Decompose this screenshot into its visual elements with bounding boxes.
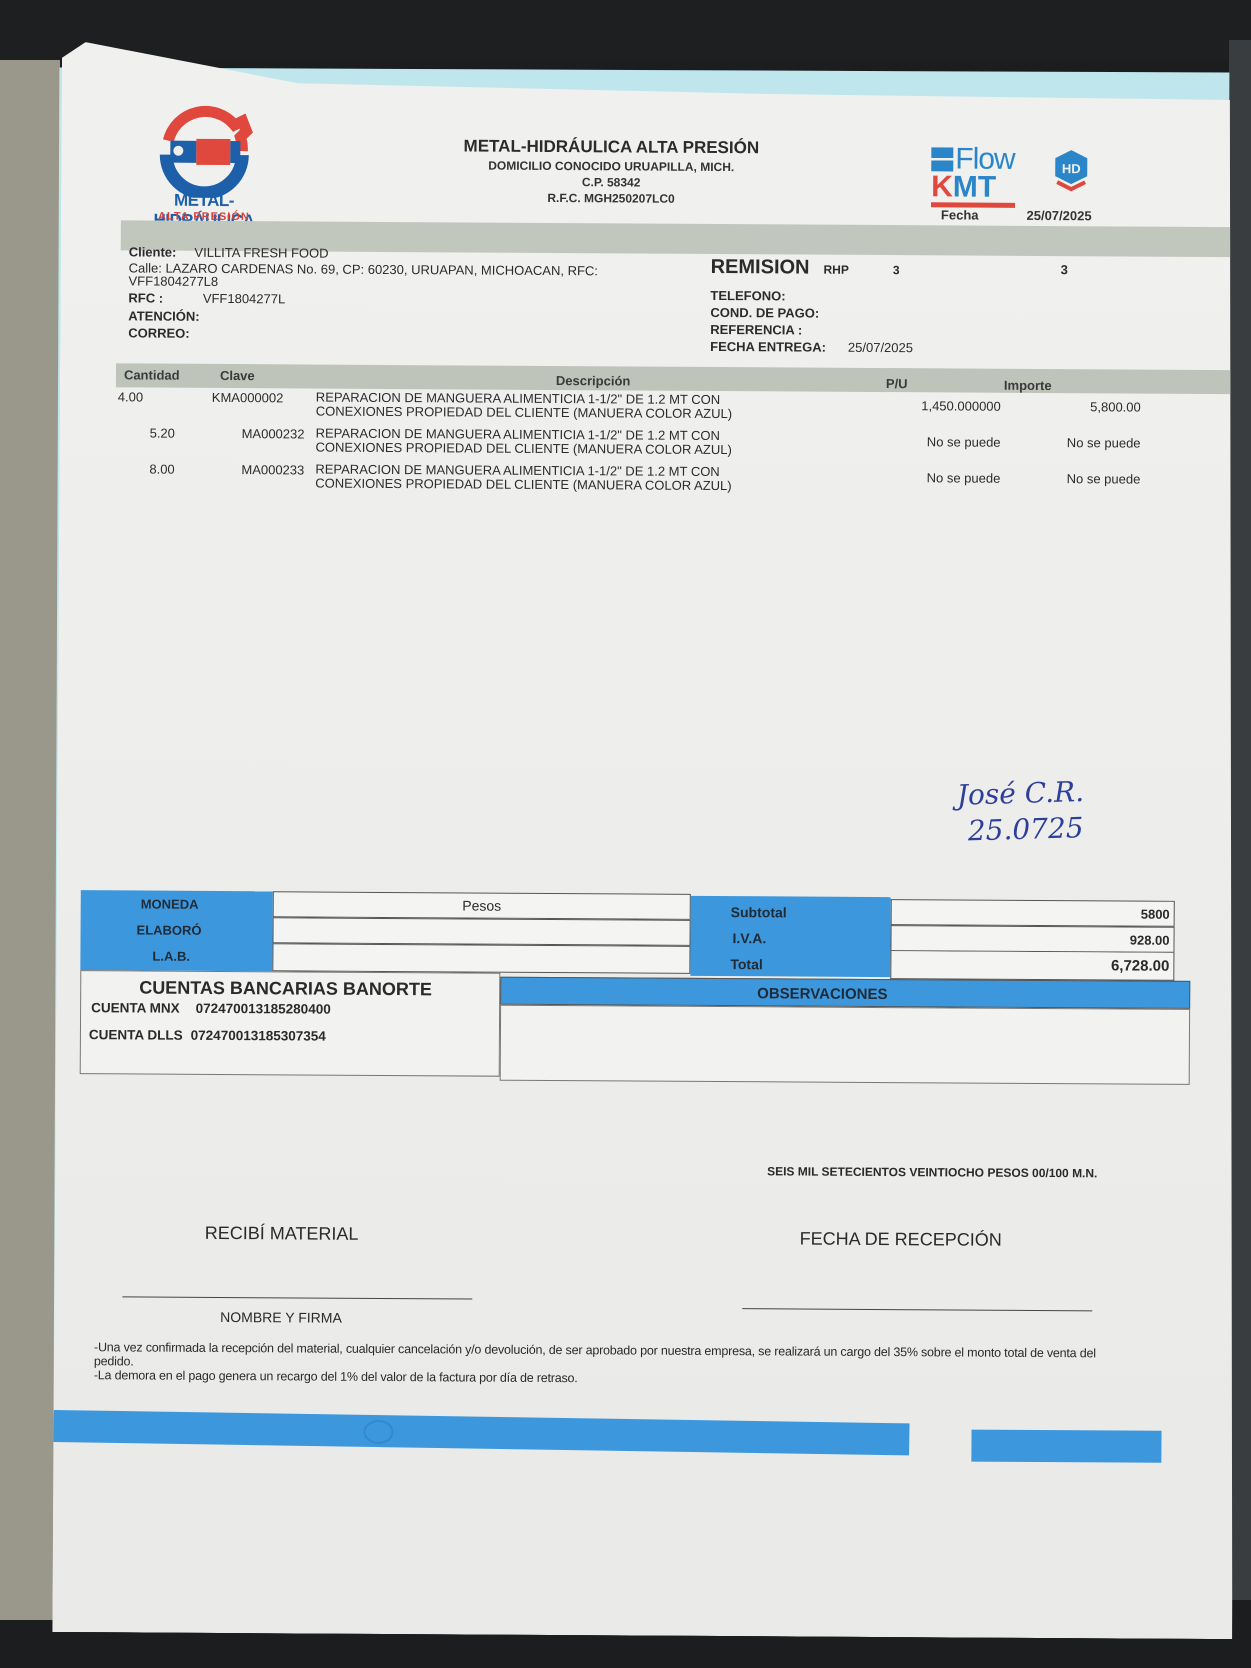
bank-accounts-box: CUENTAS BANCARIAS BANORTE CUENTA MNX 072… bbox=[80, 970, 501, 1077]
totals-label-panel bbox=[690, 896, 890, 977]
amount-in-words: SEIS MIL SETECIENTOS VEINTIOCHO PESOS 00… bbox=[767, 1164, 1097, 1180]
company-cp: C.P. 58342 bbox=[401, 174, 821, 191]
cell-pu: 1,450.000000 bbox=[871, 398, 1001, 414]
table-row: 8.00 MA000233 REPARACION DE MANGUERA ALI… bbox=[115, 459, 1240, 502]
items-table-body: 4.00 KMA000002 REPARACION DE MANGUERA AL… bbox=[115, 387, 1241, 502]
col-clave: Clave bbox=[220, 368, 255, 383]
moneda-field: Pesos bbox=[273, 891, 691, 920]
gear-logo-icon bbox=[129, 102, 280, 198]
observaciones-header: OBSERVACIONES bbox=[500, 977, 1190, 1009]
company-address: DOMICILIO CONOCIDO URUAPILLA, MICH. bbox=[401, 158, 821, 175]
cell-cantidad: 4.00 bbox=[118, 389, 143, 404]
desk-background-right bbox=[1229, 40, 1251, 1600]
client-address: Calle: LAZARO CARDENAS No. 69, CP: 60230… bbox=[129, 261, 749, 291]
cell-descripcion: REPARACION DE MANGUERA ALIMENTICIA 1-1/2… bbox=[316, 391, 786, 422]
cond-pago-label: COND. DE PAGO: bbox=[710, 304, 913, 322]
lab-field bbox=[272, 943, 690, 974]
subtotal-label: Subtotal bbox=[731, 904, 787, 920]
company-name: METAL-HIDRÁULICA ALTA PRESIÓN bbox=[401, 136, 821, 159]
cell-pu: No se puede bbox=[871, 434, 1001, 450]
bank-title: CUENTAS BANCARIAS BANORTE bbox=[139, 977, 499, 1000]
col-importe: Importe bbox=[1004, 378, 1052, 393]
date-label: Fecha bbox=[941, 207, 979, 222]
kmt-logo: KMT bbox=[931, 172, 1015, 208]
desk-background-top bbox=[0, 0, 1251, 60]
terms-notes: -Una vez confirmada la recepción del mat… bbox=[94, 1340, 1124, 1388]
cell-importe: No se puede bbox=[1016, 435, 1141, 451]
date-row: Fecha 25/07/2025 bbox=[941, 207, 1092, 223]
fecha-entrega-value: 25/07/2025 bbox=[848, 339, 913, 356]
flow-mark-icon bbox=[931, 147, 953, 171]
elaboro-label: ELABORÓ bbox=[137, 922, 202, 937]
col-pu: P/U bbox=[886, 376, 908, 391]
total-field: 6,728.00 bbox=[890, 951, 1174, 981]
desk-background-left bbox=[0, 60, 60, 1620]
client-name: VILLITA FRESH FOOD bbox=[194, 245, 328, 261]
handwritten-date: 25.0725 bbox=[957, 810, 1085, 850]
cell-clave: MA000232 bbox=[242, 426, 305, 441]
svg-text:HD: HD bbox=[1062, 161, 1081, 176]
hd-logo-icon: HD bbox=[1051, 148, 1091, 197]
company-rfc: R.F.C. MGH250207LC0 bbox=[401, 190, 821, 207]
name-signature-label: NOMBRE Y FIRMA bbox=[220, 1309, 342, 1326]
brand-logos: Flow KMT bbox=[931, 142, 1015, 208]
lab-label: L.A.B. bbox=[152, 949, 190, 964]
cell-cantidad: 5.20 bbox=[150, 426, 175, 441]
col-descripcion: Descripción bbox=[556, 373, 631, 388]
iva-label: I.V.A. bbox=[732, 930, 766, 946]
reception-date-label: FECHA DE RECEPCIÓN bbox=[800, 1229, 1002, 1251]
col-cantidad: Cantidad bbox=[124, 367, 180, 382]
subtotal-field: 5800 bbox=[891, 899, 1175, 927]
client-rfc: VFF1804277L bbox=[203, 291, 285, 307]
footer-stripe-right bbox=[971, 1430, 1161, 1463]
bank-mnx-account: 072470013185280400 bbox=[196, 1001, 331, 1017]
ink-stamp-mark bbox=[363, 1420, 393, 1444]
handwritten-name: José C.R. bbox=[956, 774, 1084, 814]
telefono-label: TELEFONO: bbox=[710, 287, 913, 305]
iva-field: 928.00 bbox=[890, 925, 1174, 953]
cell-importe: 5,800.00 bbox=[1016, 399, 1141, 415]
client-section: Cliente: VILLITA FRESH FOOD Calle: LAZAR… bbox=[128, 244, 749, 346]
elaboro-field bbox=[272, 917, 690, 946]
handwritten-annotation: José C.R. 25.0725 bbox=[956, 774, 1085, 850]
observaciones-field bbox=[500, 1005, 1190, 1085]
remision-meta: TELEFONO: COND. DE PAGO: REFERENCIA : FE… bbox=[710, 287, 913, 356]
remision-right-number: 3 bbox=[1061, 262, 1068, 277]
remision-document: METAL-HIDRÁULICA ALTA PRESIÓN METAL-HIDR… bbox=[52, 42, 1242, 1639]
bank-mnx-row: CUENTA MNX 072470013185280400 bbox=[91, 1000, 499, 1017]
atencion-label: ATENCIÓN: bbox=[128, 308, 199, 323]
cell-pu: No se puede bbox=[870, 470, 1000, 486]
cell-clave: MA000233 bbox=[241, 462, 304, 477]
total-label: Total bbox=[730, 956, 763, 972]
fecha-entrega-row: FECHA ENTREGA: 25/07/2025 bbox=[710, 338, 913, 356]
cell-descripcion: REPARACION DE MANGUERA ALIMENTICIA 1-1/2… bbox=[315, 427, 785, 458]
bank-dlls-account: 072470013185307354 bbox=[191, 1028, 326, 1044]
bank-dlls-row: CUENTA DLLS 072470013185307354 bbox=[89, 1027, 499, 1045]
referencia-label: REFERENCIA : bbox=[710, 321, 913, 339]
remision-section: REMISION RHP 3 TELEFONO: COND. DE PAGO: … bbox=[710, 256, 913, 356]
correo-label: CORREO: bbox=[128, 325, 189, 340]
company-logo: METAL-HIDRÁULICA ALTA PRESIÓN bbox=[129, 102, 280, 233]
client-rfc-row: RFC : VFF1804277L bbox=[128, 290, 748, 309]
moneda-label: MONEDA bbox=[141, 896, 199, 911]
remision-number: 3 bbox=[893, 263, 900, 277]
totals-block: MONEDA ELABORÓ L.A.B. Pesos Subtotal I.V… bbox=[80, 890, 1221, 1087]
company-info: METAL-HIDRÁULICA ALTA PRESIÓN DOMICILIO … bbox=[401, 136, 821, 207]
remision-title: REMISION RHP 3 bbox=[711, 256, 914, 280]
cell-importe: No se puede bbox=[1015, 471, 1140, 487]
date-value: 25/07/2025 bbox=[1026, 208, 1091, 223]
cell-clave: KMA000002 bbox=[212, 390, 284, 405]
cell-cantidad: 8.00 bbox=[149, 462, 174, 477]
received-material-label: RECIBÍ MATERIAL bbox=[205, 1223, 359, 1245]
cell-descripcion: REPARACION DE MANGUERA ALIMENTICIA 1-1/2… bbox=[315, 463, 785, 494]
remision-series: RHP bbox=[823, 263, 848, 277]
